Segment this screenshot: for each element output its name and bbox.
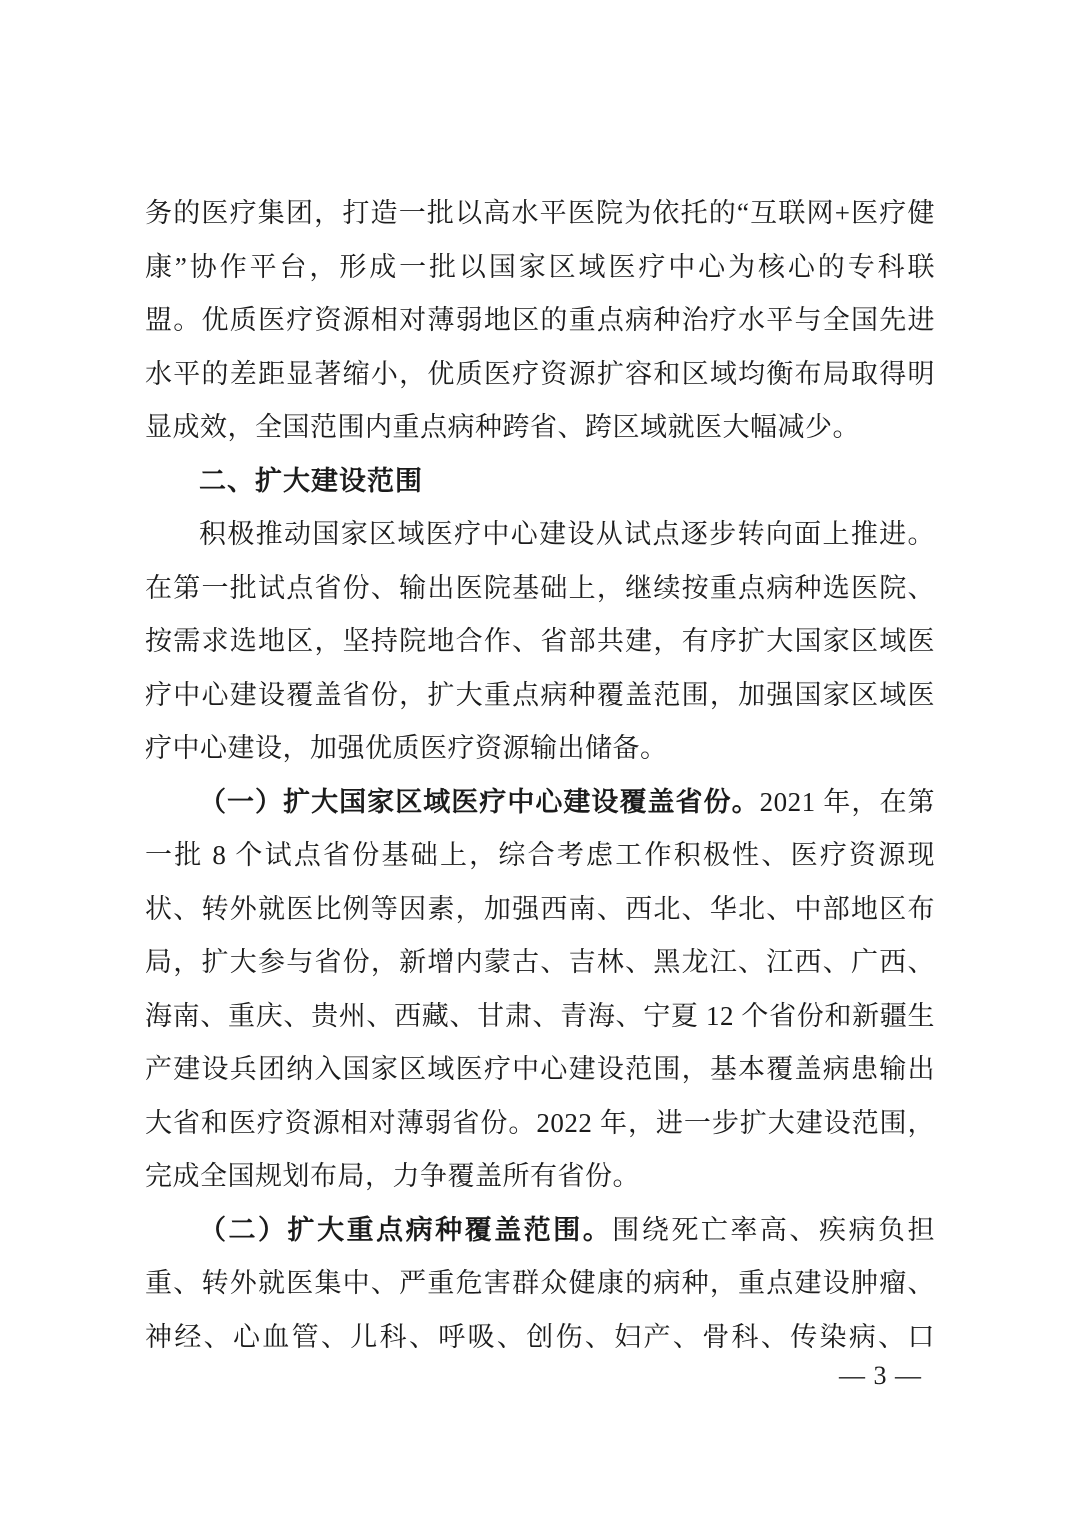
body-line: 积极推动国家区域医疗中心建设从试点逐步转向面上推进。 (145, 508, 935, 562)
page-number: — 3 — (839, 1358, 922, 1394)
clause-heading-two: （二）扩大重点病种覆盖范围。 (199, 1215, 612, 1245)
body-line: 疗中心建设覆盖省份，扩大重点病种覆盖范围，加强国家区域医 (145, 669, 935, 723)
clause-heading-one: （一）扩大国家区域医疗中心建设覆盖省份。 (199, 787, 760, 817)
body-line: 水平的差距显著缩小，优质医疗资源扩容和区域均衡布局取得明 (145, 348, 935, 402)
document-body: 务的医疗集团，打造一批以高水平医院为依托的“互联网+医疗健 康”协作平台，形成一… (145, 187, 935, 1364)
section-heading: 二、扩大建设范围 (145, 455, 935, 509)
clause-text: 围绕死亡率高、疾病负担 (612, 1215, 935, 1245)
body-line: 盟。优质医疗资源相对薄弱地区的重点病种治疗水平与全国先进 (145, 294, 935, 348)
document-page: 务的医疗集团，打造一批以高水平医院为依托的“互联网+医疗健 康”协作平台，形成一… (0, 0, 1080, 1527)
clause-text: 2021 年，在第 (760, 787, 935, 817)
body-line: 状、转外就医比例等因素，加强西南、西北、华北、中部地区布 (145, 883, 935, 937)
body-line: 疗中心建设，加强优质医疗资源输出储备。 (145, 722, 935, 776)
body-line: 产建设兵团纳入国家区域医疗中心建设范围，基本覆盖病患输出 (145, 1043, 935, 1097)
body-line: （一）扩大国家区域医疗中心建设覆盖省份。2021 年，在第 (145, 776, 935, 830)
body-line: 在第一批试点省份、输出医院基础上，继续按重点病种选医院、 (145, 562, 935, 616)
body-line: 按需求选地区，坚持院地合作、省部共建，有序扩大国家区域医 (145, 615, 935, 669)
body-line: 重、转外就医集中、严重危害群众健康的病种，重点建设肿瘤、 (145, 1257, 935, 1311)
body-line: 显成效，全国范围内重点病种跨省、跨区域就医大幅减少。 (145, 401, 935, 455)
body-line: 务的医疗集团，打造一批以高水平医院为依托的“互联网+医疗健 (145, 187, 935, 241)
body-line: 海南、重庆、贵州、西藏、甘肃、青海、宁夏 12 个省份和新疆生 (145, 990, 935, 1044)
body-line: （二）扩大重点病种覆盖范围。围绕死亡率高、疾病负担 (145, 1204, 935, 1258)
body-line: 神经、心血管、儿科、呼吸、创伤、妇产、骨科、传染病、口 (145, 1311, 935, 1365)
body-line: 局，扩大参与省份，新增内蒙古、吉林、黑龙江、江西、广西、 (145, 936, 935, 990)
body-line: 康”协作平台，形成一批以国家区域医疗中心为核心的专科联 (145, 241, 935, 295)
body-line: 大省和医疗资源相对薄弱省份。2022 年，进一步扩大建设范围， (145, 1097, 935, 1151)
body-line: 完成全国规划布局，力争覆盖所有省份。 (145, 1150, 935, 1204)
body-line: 一批 8 个试点省份基础上，综合考虑工作积极性、医疗资源现 (145, 829, 935, 883)
